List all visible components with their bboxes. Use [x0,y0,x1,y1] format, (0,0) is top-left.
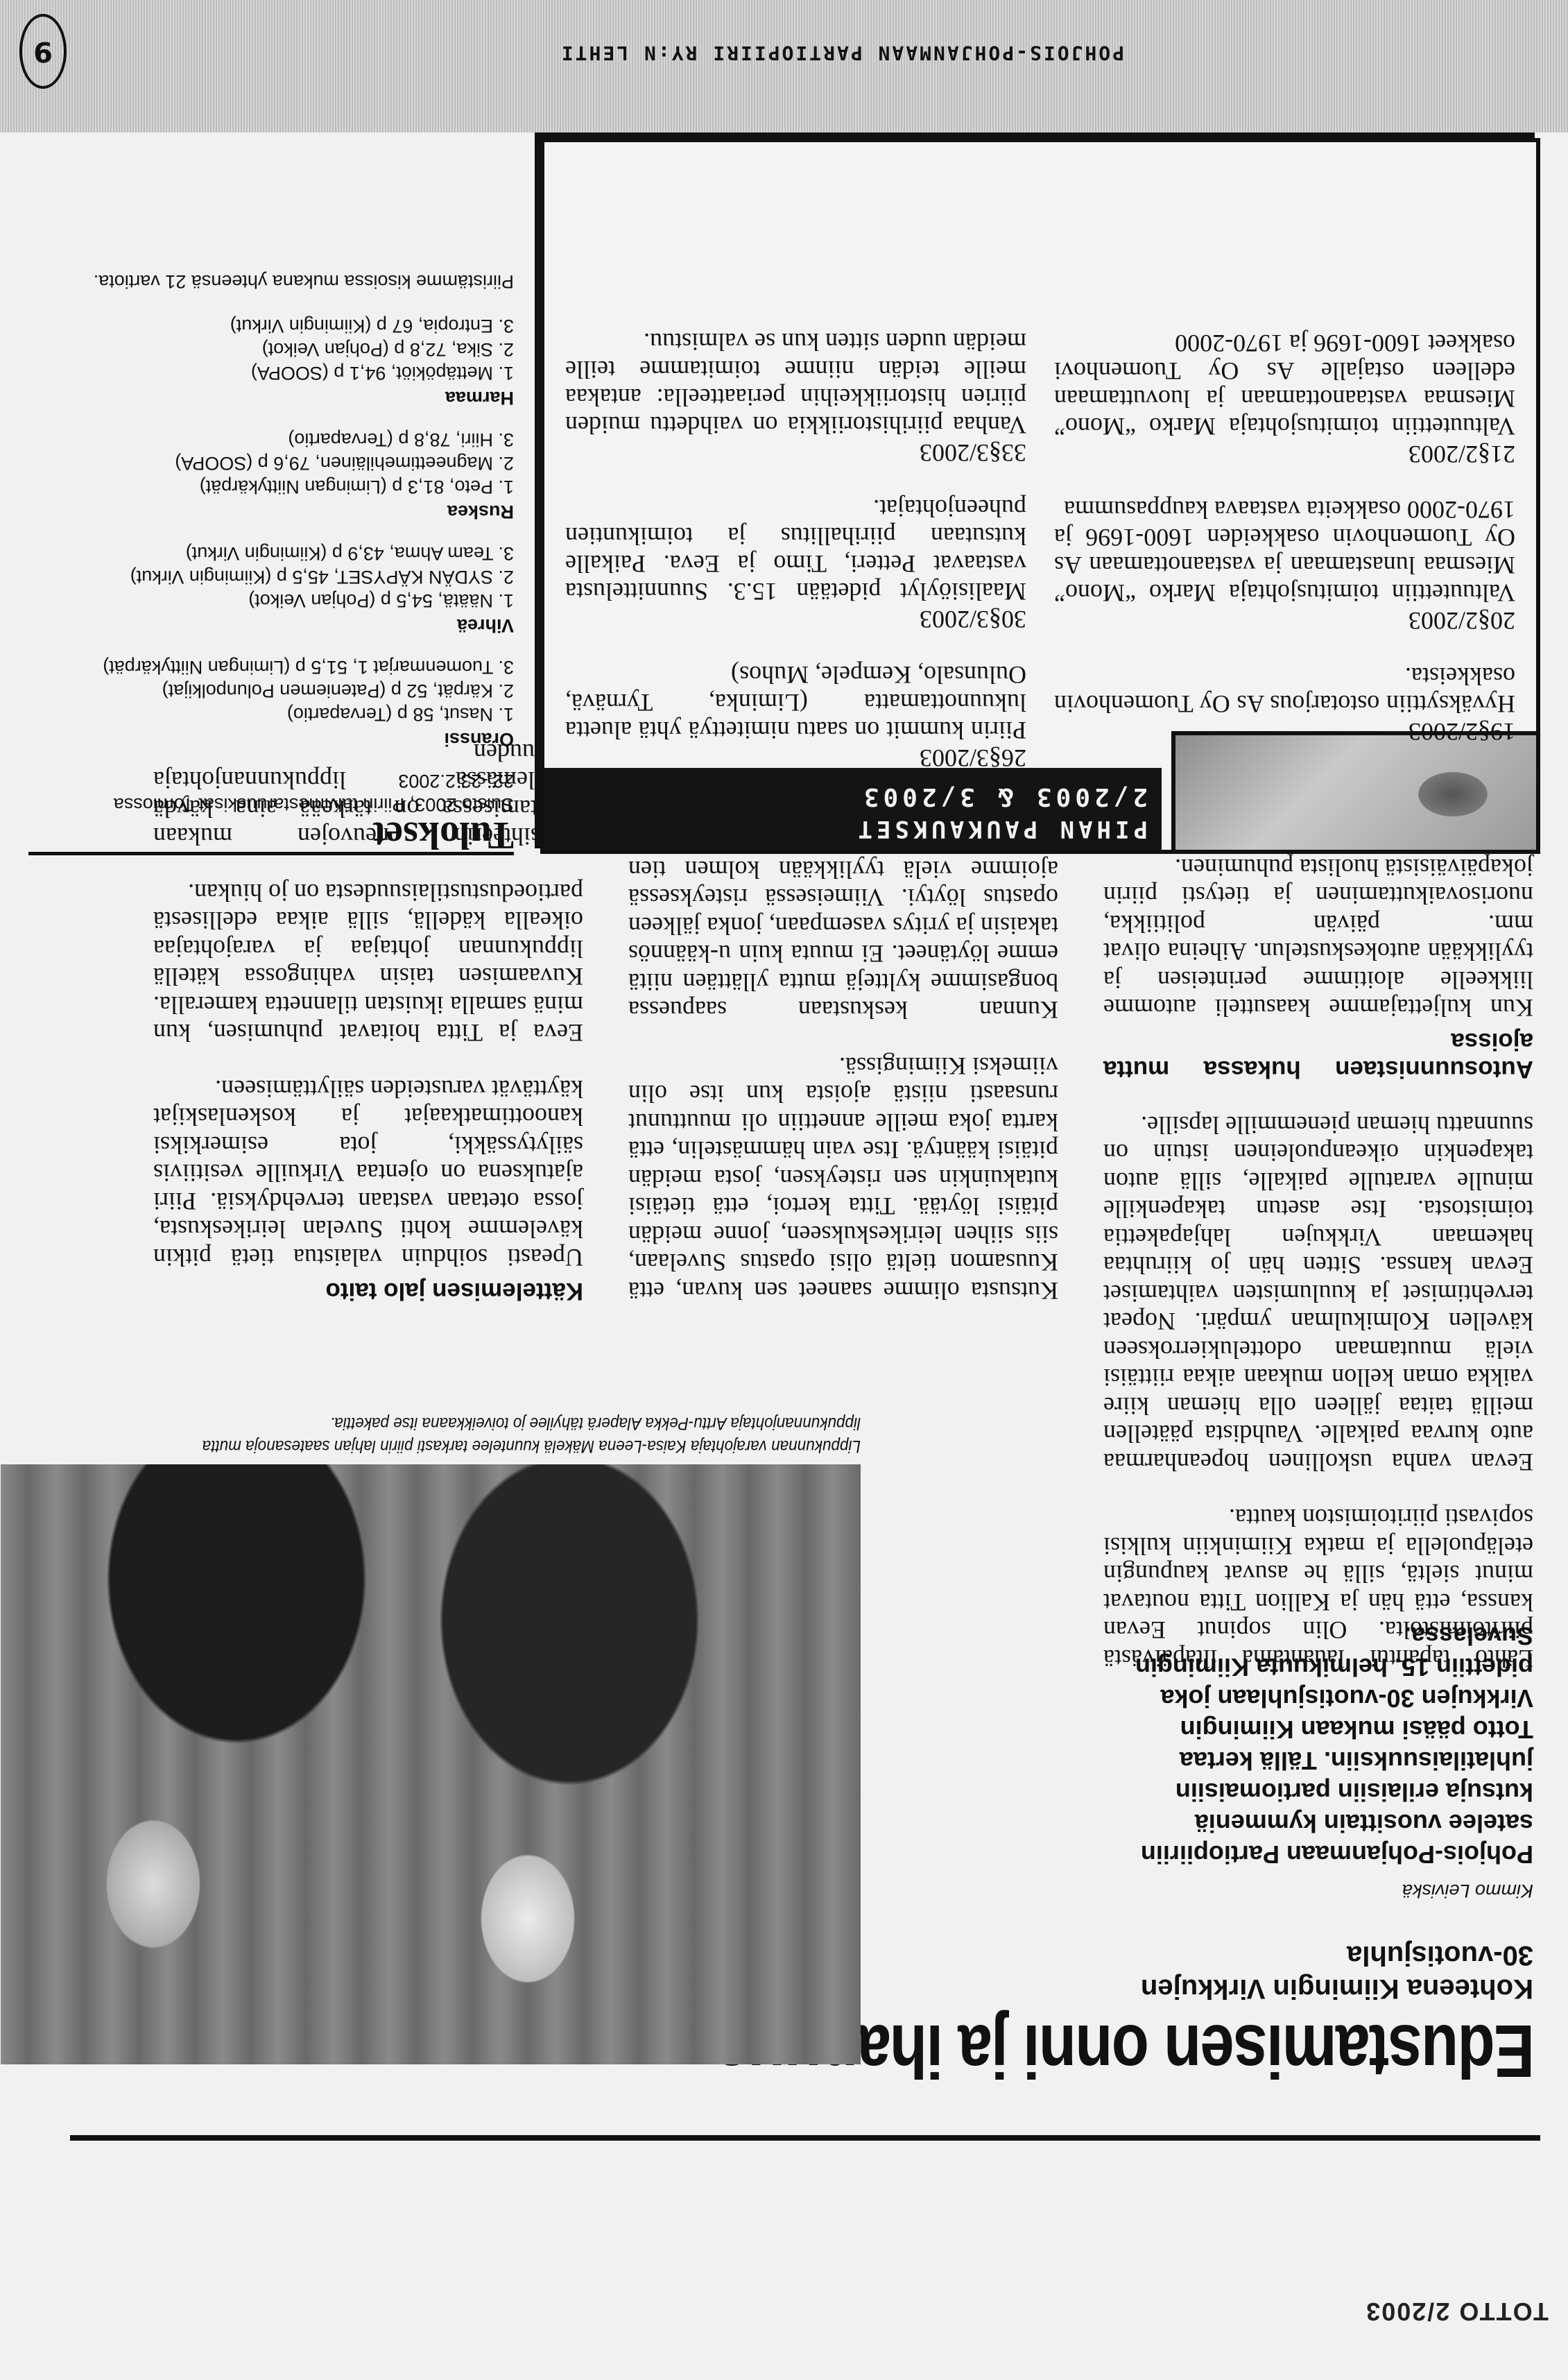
box-item-id: 19§2/2003 [1054,718,1515,746]
article-subtitle: Kohteena Kiimingin Virkkujen 30-vuotisju… [1117,1939,1533,2005]
results-entry: 3. Hiiri, 78,8 p (Tervapartio) [28,428,514,452]
results-entry: 2. Sika, 72,8 p (Pohjan Veikot) [28,338,514,361]
box-column-left: 19§2/2003 Hyväksyttiin ostotarjous As Oy… [1054,300,1515,746]
results-event: Suisto 2003, Piirin talvimestaruuskisat … [28,769,514,816]
box-item-text: Vanhaa piirihistoriikkia on vaihdettu mu… [565,328,1026,439]
article-paragraph: Eeva ja Titta hoitavat puhumisen, kun mi… [153,879,583,1047]
page-number: 9 [19,14,67,89]
results-entry: 3. Entropia, 67 p (Kiimingin Virkut) [28,314,514,338]
box-columns: 19§2/2003 Hyväksyttiin ostotarjous As Oy… [565,300,1515,746]
article-paragraph: Kun kuljettajamme kaasutteli automme lii… [1103,854,1533,1022]
box-item-text: Valtuutettiin toimitusjohtaja Marko “Mon… [1054,496,1515,607]
article-paragraph: Upeasti soihduin valaistua tietä pitkin … [153,1075,583,1272]
box-item: 26§3/2003 Piirin kummit on saatu nimitet… [565,661,1026,772]
results-entry: 1. Peto, 81,3 p (Limingan Niittykärpät) [28,475,514,499]
box-item-id: 30§3/2003 [565,606,1026,633]
results-category: Oranssi [28,728,514,751]
results-entry: 2. SYDÄN KÄPYSET, 45,5 p (Kiimingin Virk… [28,565,514,589]
box-item: 33§3/2003 Vanhaa piirihistoriikkia on va… [565,328,1026,467]
article-paragraph: Lähtö tapahtui lauantaina iltapäivästä p… [1103,1504,1533,1672]
results-category: Vihreä [28,614,514,637]
footer-band [0,0,1568,132]
box-item-text: Hyväksyttiin ostotarjous As Oy Tuomenhov… [1054,662,1515,718]
box-item-id: 20§2/2003 [1054,607,1515,635]
article-byline: Kimmo Leiviskä [1402,1880,1533,1901]
box-item: 19§2/2003 Hyväksyttiin ostotarjous As Oy… [1054,662,1515,746]
results-entry: 3. Tuomenmarjat 1, 51,5 p (Limingan Niit… [28,656,514,679]
article-subhead: Autosuunnistaen hukassa mutta ajoissa [1103,1028,1533,1084]
header-rule [70,2135,1540,2141]
pihan-paukaukset-box: PIHAN PAUKAUKSET 2/2003 & 3/2003 19§2/20… [540,138,1540,854]
box-item-id: 21§2/2003 [1054,440,1515,468]
magazine-issue-label: TOTTO 2/2003 [1365,2297,1549,2326]
results-category: Harmaa [28,386,514,410]
results-entry: 3. Team Ahma, 43,9 p (Kiimingin Virkut) [28,542,514,565]
box-item-id: 26§3/2003 [565,744,1026,772]
results-entry: 1. Näätä, 54,5 p (Pohjan Veikot) [28,589,514,613]
box-item-id: 33§3/2003 [565,439,1026,467]
box-subtitle: 2/2003 & 3/2003 [860,782,1148,811]
results-section: Tulokset Suisto 2003, Piirin talvimestar… [28,270,514,847]
footer-publisher: POHJOIS-POHJANMAAN PARTIOPIIRI RY:N LEHT… [560,42,1124,65]
box-item: 30§3/2003 Maalisiöylyt pidetään 15.3. Su… [565,495,1026,633]
box-column-right: 26§3/2003 Piirin kummit on saatu nimitet… [565,300,1026,772]
results-entry: 1. Nasut, 58 p (Tervapartio) [28,703,514,726]
box-item: 21§2/2003 Valtuutettiin toimitusjohtaja … [1054,329,1515,468]
results-title: Tulokset [28,823,514,847]
box-photo [1171,731,1540,854]
box-title: PIHAN PAUKAUKSET [854,815,1148,843]
article-subhead: Kättelemisen jalo taito [153,1277,583,1305]
results-note: Piiristämme kisoissa mukana yhteensä 21 … [28,270,514,293]
article-photo [1,1464,861,2064]
box-header: PIHAN PAUKAUKSET 2/2003 & 3/2003 [544,768,1162,850]
photo-caption: Lippukunnan varajohtaja Kaisa-Leena Mäke… [87,1412,861,1457]
box-item: 20§2/2003 Valtuutettiin toimitusjohtaja … [1054,496,1515,635]
article-paragraph: Kutsusta olimme saaneet sen kuvan, että … [628,1052,1058,1305]
magazine-page: TOTTO 2/2003 Edustamisen onni ja ihanuus… [0,0,1568,2380]
box-item-text: Valtuutettiin toimitusjohtaja Marko “Mon… [1054,329,1515,440]
box-item-text: Piirin kummit on saatu nimitettyä yhtä a… [565,661,1026,744]
article-column-1: Lähtö tapahtui lauantaina iltapäivästä p… [1103,826,1533,1673]
results-entry: 2. Kärpät, 52 p (Pateniemen Polunpolkija… [28,679,514,703]
results-category: Ruskea [28,500,514,524]
results-entry: 1. Mettäpökiöt, 94,1 p (SOOPA) [28,361,514,385]
results-entry: 2. Magneettimehiläinen, 79,6 p (SOOPA) [28,452,514,475]
article-paragraph: Eevan vanha uskollinen hopeanharmaa auto… [1103,1111,1533,1477]
box-item-text: Maalisiöylyt pidetään 15.3. Suunnittelus… [565,495,1026,606]
